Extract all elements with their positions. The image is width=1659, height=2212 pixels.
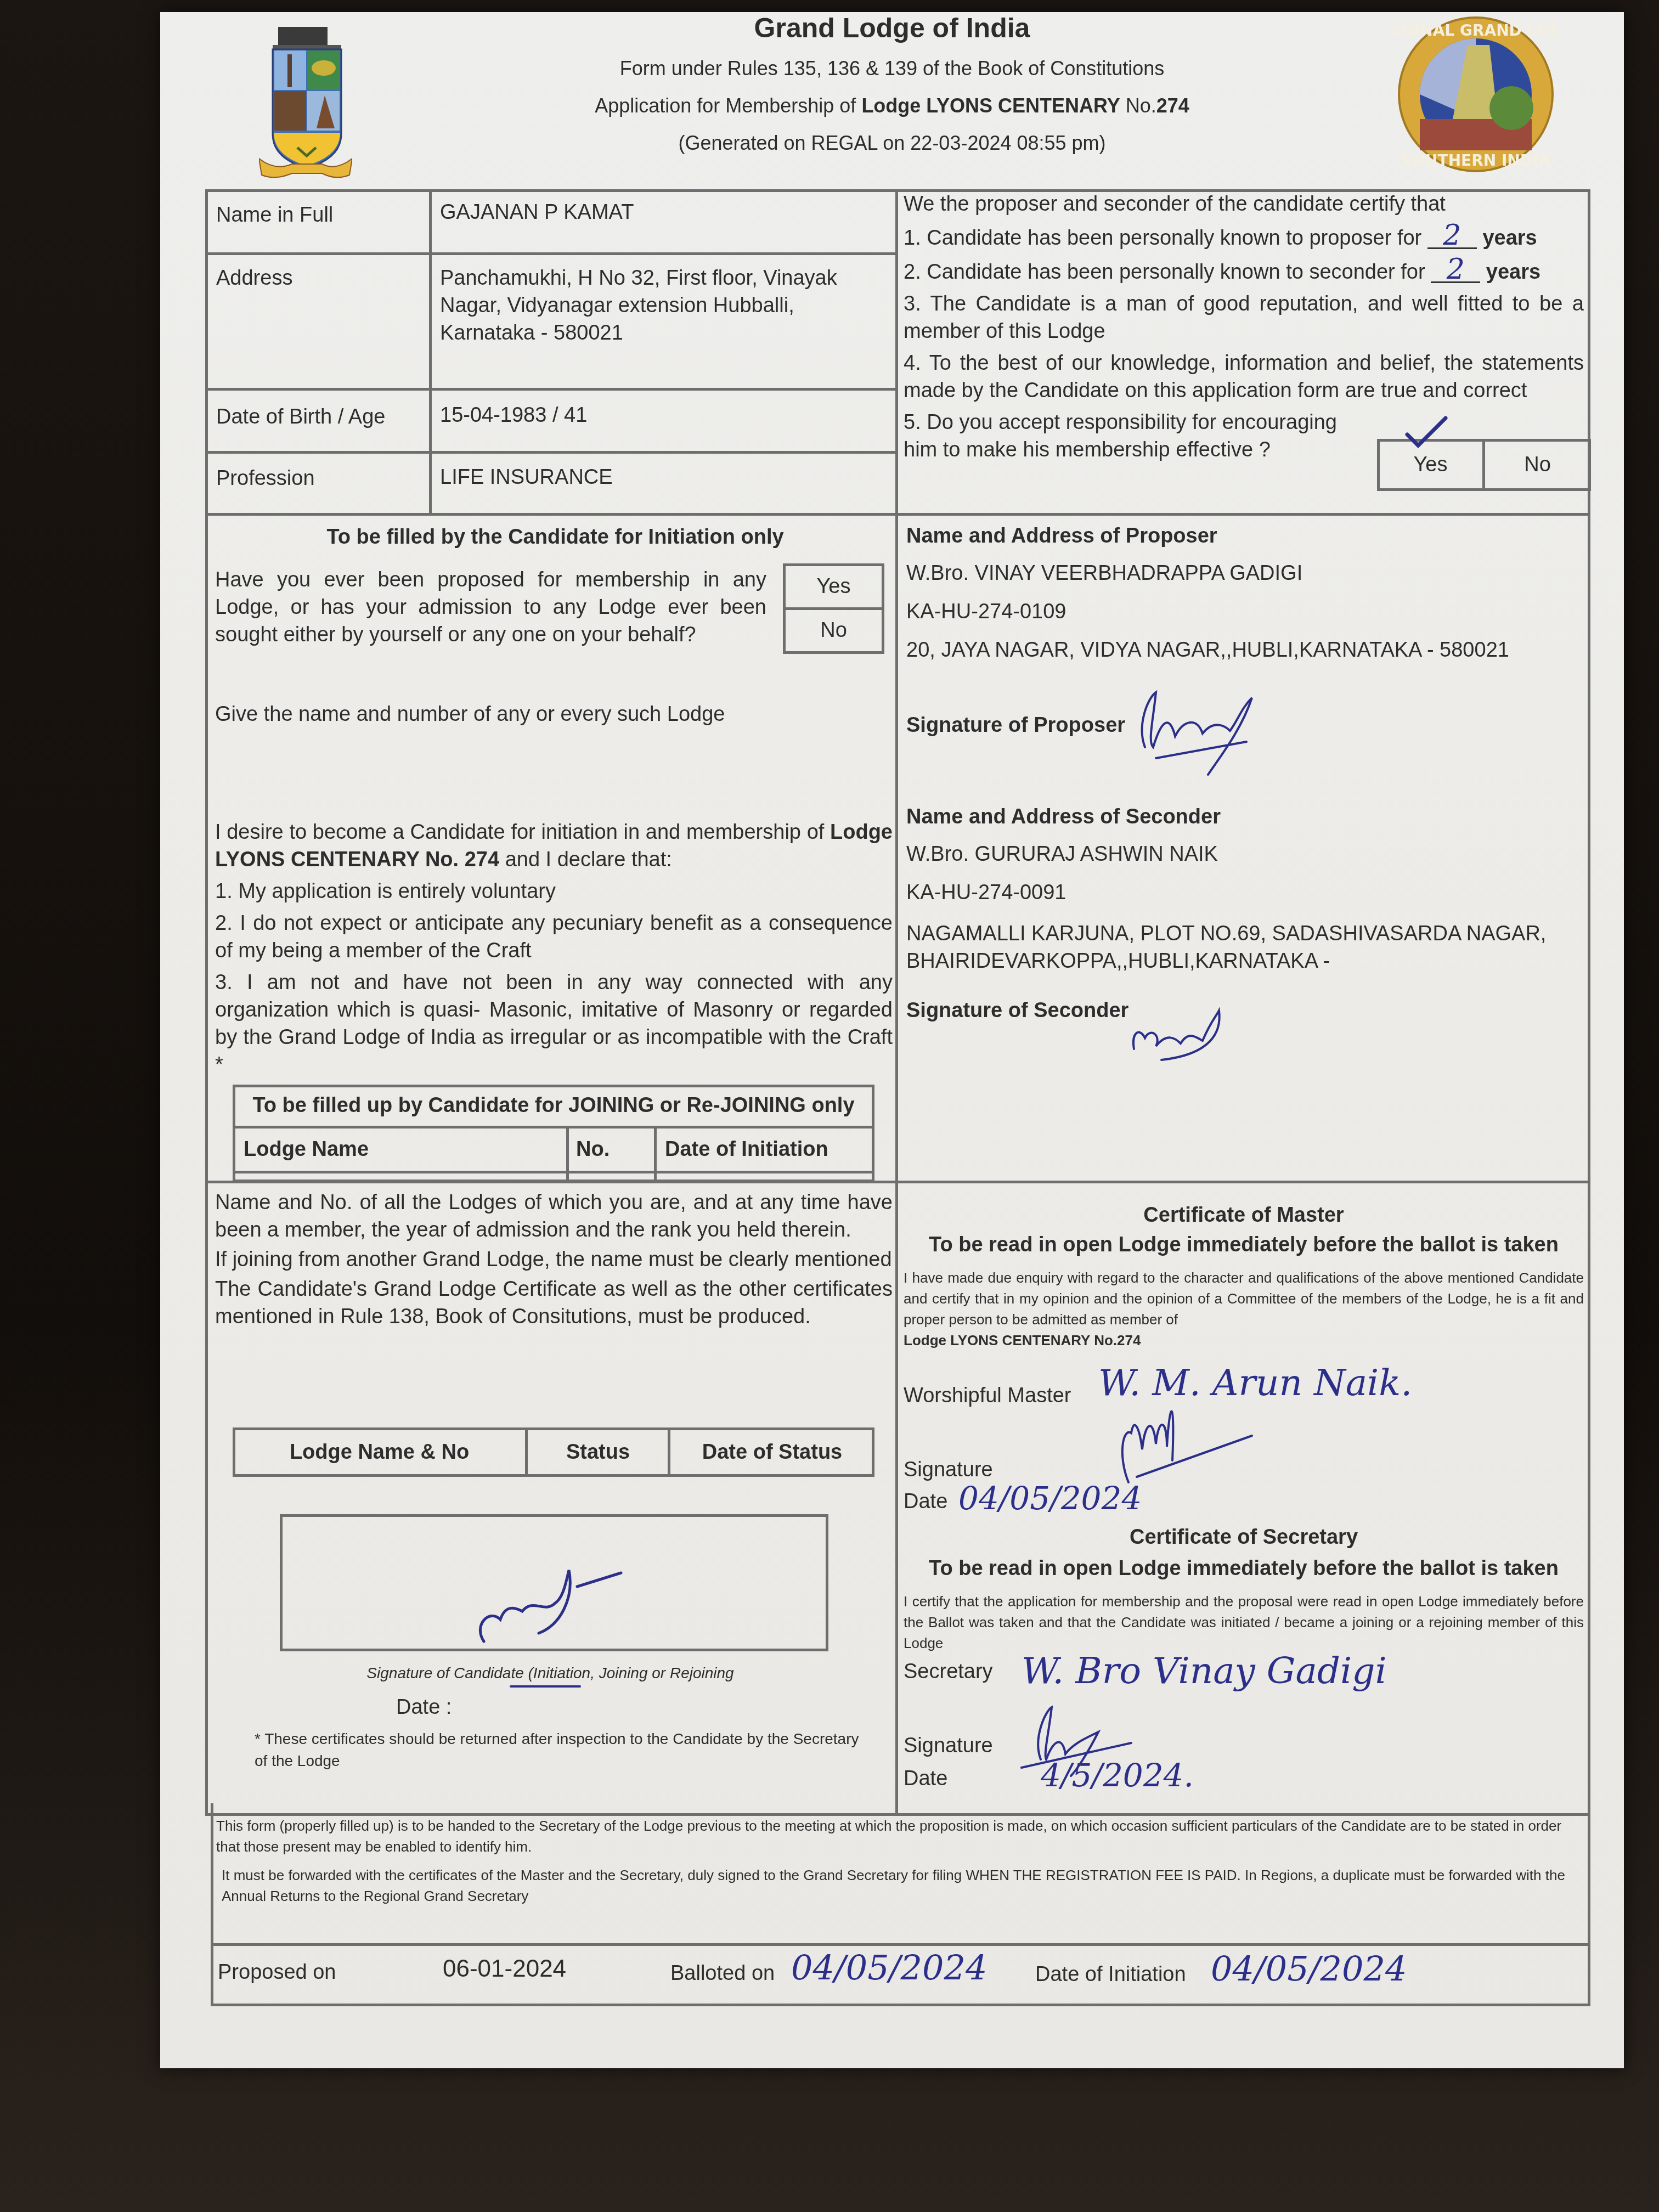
lodge-name: Lodge LYONS CENTENARY — [861, 94, 1120, 117]
initiation-no-option[interactable]: No — [783, 617, 884, 644]
application-line: Application for Membership of Lodge LYON… — [160, 94, 1624, 117]
lodges-para-3: The Candidate's Grand Lodge Certificate … — [215, 1276, 893, 1330]
declaration-item-1: 1. My application is entirely voluntary — [215, 878, 893, 905]
seconder-reg-no: KA-HU-274-0091 — [906, 879, 1066, 906]
application-prefix: Application for Membership of — [595, 94, 861, 117]
master-body-lodge: Lodge LYONS CENTENARY No.274 — [904, 1330, 1584, 1351]
application-form: REGIONAL GRAND LODGE SOUTHERN INDIA Gran… — [160, 12, 1624, 2068]
seconder-address-line: NAGAMALLI KARJUNA, PLOT NO.69, SADASHIVA… — [906, 920, 1546, 947]
lodges-para-1: Name and No. of all the Lodges of which … — [215, 1189, 893, 1244]
certify-item-1: 1. Candidate has been personally known t… — [904, 223, 1584, 252]
seconder-years-field[interactable]: 2 — [1431, 257, 1480, 283]
joining-col-lodge-name: Lodge Name — [244, 1136, 369, 1163]
proposer-reg-no: KA-HU-274-0109 — [906, 598, 1066, 625]
certify-section: We the proposer and seconder of the cand… — [904, 190, 1584, 464]
seconder-address: NAGAMALLI KARJUNA, PLOT NO.69, SADASHIVA… — [906, 920, 1546, 975]
address-label: Address — [216, 264, 292, 292]
balloted-on-label: Balloted on — [670, 1960, 775, 1987]
lodges-para-2: If joining from another Grand Lodge, the… — [215, 1246, 893, 1273]
declaration-item-2: 2. I do not expect or anticipate any pec… — [215, 910, 893, 964]
proposer-address: 20, JAYA NAGAR, VIDYA NAGAR,,HUBLI,KARNA… — [906, 636, 1509, 664]
secretary-cert-body: I certify that the application for membe… — [904, 1591, 1584, 1654]
master-date: 04/05/2024 — [958, 1480, 1142, 1517]
lodges-col-name: Lodge Name & No — [233, 1438, 526, 1466]
certificates-note: * These certificates should be returned … — [255, 1728, 869, 1772]
proposer-signature — [1131, 676, 1307, 788]
initiation-question: Have you ever been proposed for membersh… — [215, 566, 766, 648]
give-lodge-name-prompt: Give the name and number of any or every… — [215, 701, 725, 728]
master-cert-body: I have made due enquiry with regard to t… — [904, 1267, 1584, 1351]
master-cert-title: Certificate of Master — [898, 1201, 1589, 1229]
candidate-date-label: Date : — [396, 1694, 452, 1721]
declare-prefix: I desire to become a Candidate for initi… — [215, 821, 830, 844]
declare-suffix: and I declare that: — [499, 848, 672, 871]
certify-item-3: 3. The Candidate is a man of good reputa… — [904, 290, 1584, 345]
lodge-no: 274 — [1156, 94, 1189, 117]
secretary-date: 4/5/2024. — [1041, 1757, 1194, 1794]
joining-col-no: No. — [576, 1136, 610, 1163]
date-of-initiation-value: 04/05/2024 — [1211, 1949, 1407, 1989]
address-line: Karnataka - 580021 — [440, 319, 837, 347]
secretary-label: Secretary — [904, 1658, 993, 1685]
candidate-signature — [467, 1559, 643, 1650]
name-label: Name in Full — [216, 201, 333, 229]
initiation-underline-mark — [510, 1685, 581, 1688]
proposer-years-field[interactable]: 2 — [1427, 223, 1477, 249]
candidate-address: Panchamukhi, H No 32, First floor, Vinay… — [440, 264, 837, 347]
seconder-signature — [1128, 1005, 1271, 1068]
candidate-signature-caption: Signature of Candidate (Initiation, Join… — [205, 1664, 895, 1682]
lodges-col-date: Date of Status — [669, 1438, 875, 1466]
secretary-signature-label: Signature — [904, 1732, 993, 1759]
responsibility-yes-option[interactable]: Yes — [1377, 451, 1484, 478]
initiation-heading: To be filled by the Candidate for Initia… — [215, 523, 895, 551]
secretary-cert-title: Certificate of Secretary — [898, 1523, 1589, 1551]
master-body-text: I have made due enquiry with regard to t… — [904, 1269, 1584, 1328]
form-rules-subtitle: Form under Rules 135, 136 & 139 of the B… — [160, 57, 1624, 80]
worshipful-master-label: Worshipful Master — [904, 1382, 1071, 1409]
seconder-name: W.Bro. GURURAJ ASHWIN NAIK — [906, 840, 1218, 868]
proposed-on-value: 06-01-2024 — [443, 1955, 566, 1983]
secretary-cert-subtitle: To be read in open Lodge immediately bef… — [898, 1555, 1589, 1582]
joining-heading: To be filled up by Candidate for JOINING… — [233, 1092, 874, 1119]
joining-col-date: Date of Initiation — [665, 1136, 828, 1163]
responsibility-no-option[interactable]: No — [1484, 451, 1591, 478]
proposer-heading: Name and Address of Proposer — [906, 522, 1217, 550]
address-line: Nagar, Vidyanagar extension Hubballi, — [440, 292, 837, 319]
seconder-heading: Name and Address of Seconder — [906, 803, 1221, 831]
certify-intro: We the proposer and seconder of the cand… — [904, 190, 1584, 218]
generated-timestamp: (Generated on REGAL on 22-03-2024 08:55 … — [160, 132, 1624, 155]
certify-item-4: 4. To the best of our knowledge, informa… — [904, 349, 1584, 404]
lodge-no-prefix: No. — [1120, 94, 1156, 117]
certify-item-5: 5. Do you accept responsibility for enco… — [904, 409, 1375, 464]
dob-label: Date of Birth / Age — [216, 403, 385, 431]
declaration: I desire to become a Candidate for initi… — [215, 819, 893, 1079]
checkmark-icon — [1404, 415, 1448, 451]
initiation-yes-option[interactable]: Yes — [783, 573, 884, 600]
footer-note-1: This form (properly filled up) is to be … — [216, 1815, 1582, 1857]
seconder-signature-label: Signature of Seconder — [906, 997, 1128, 1024]
lodges-instructions: Name and No. of all the Lodges of which … — [215, 1189, 893, 1330]
candidate-dob: 15-04-1983 / 41 — [440, 402, 587, 429]
certify-item-2: 2. Candidate has been personally known t… — [904, 257, 1584, 286]
declaration-intro: I desire to become a Candidate for initi… — [215, 819, 893, 873]
item2-text: 2. Candidate has been personally known t… — [904, 261, 1425, 284]
secretary-date-label: Date — [904, 1765, 947, 1792]
master-cert-subtitle: To be read in open Lodge immediately bef… — [898, 1231, 1589, 1259]
footer-note-2: It must be forwarded with the certificat… — [222, 1865, 1582, 1906]
proposer-signature-label: Signature of Proposer — [906, 712, 1125, 739]
candidate-profession: LIFE INSURANCE — [440, 464, 613, 491]
seconder-address-line: BHAIRIDEVARKOPPA,,HUBLI,KARNATAKA - — [906, 947, 1546, 975]
declaration-item-3: 3. I am not and have not been in any way… — [215, 969, 893, 1079]
proposed-on-label: Proposed on — [218, 1959, 336, 1986]
proposer-name: W.Bro. VINAY VEERBHADRAPPA GADIGI — [906, 560, 1302, 587]
balloted-on-value: 04/05/2024 — [791, 1948, 987, 1988]
years-label: years — [1486, 261, 1541, 284]
date-of-initiation-label: Date of Initiation — [1035, 1961, 1186, 1988]
address-line: Panchamukhi, H No 32, First floor, Vinay… — [440, 264, 837, 292]
page-title: Grand Lodge of India — [160, 12, 1624, 44]
secretary-name: W. Bro Vinay Gadigi — [1022, 1650, 1387, 1692]
profession-label: Profession — [216, 465, 315, 492]
item1-text: 1. Candidate has been personally known t… — [904, 227, 1421, 250]
years-label: years — [1482, 227, 1537, 250]
master-signature — [1115, 1395, 1279, 1491]
lodges-col-status: Status — [527, 1438, 669, 1466]
candidate-name: GAJANAN P KAMAT — [440, 199, 634, 226]
master-date-label: Date — [904, 1488, 947, 1515]
